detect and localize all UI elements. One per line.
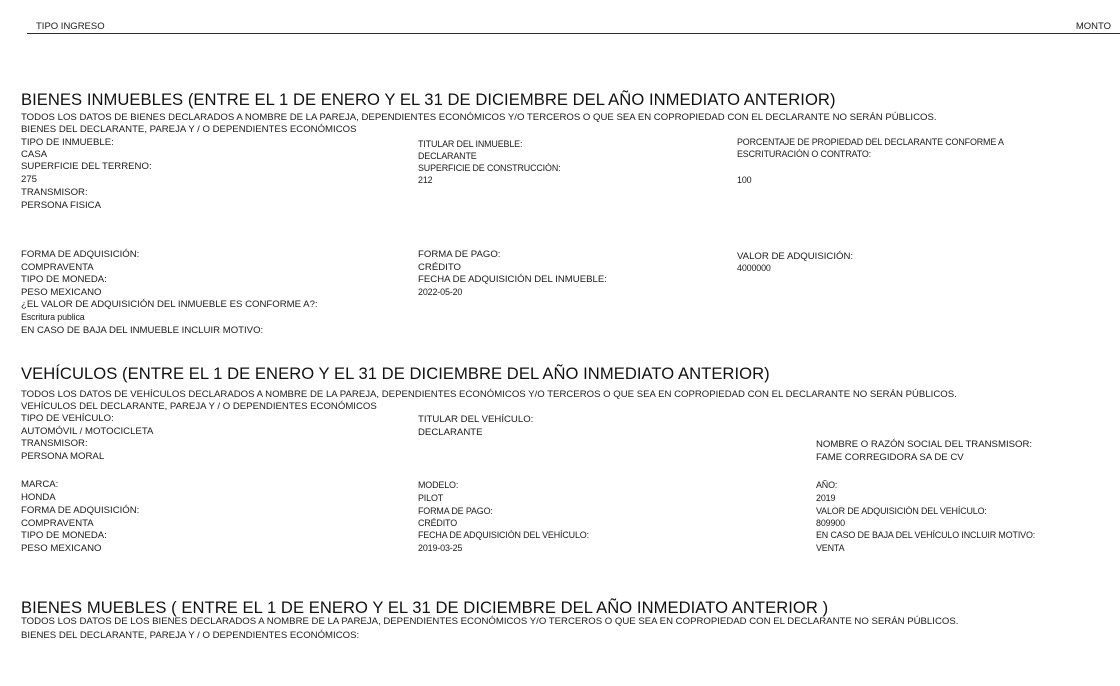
field-label: SUPERFICIE DE CONSTRUCCIÓN: [418, 163, 560, 175]
field-label: VALOR DE ADQUISICIÓN DEL VEHÍCULO: [816, 506, 987, 518]
field-label: FECHA DE ADQUISICIÓN DEL INMUEBLE: [418, 274, 607, 286]
field-label: MARCA: [21, 479, 58, 491]
header-divider [27, 33, 1120, 34]
field-value: 4000000 [737, 263, 771, 275]
field-label: TIPO DE MONEDA: [21, 274, 107, 286]
field-value: AUTOMÓVIL / MOTOCICLETA [21, 426, 153, 438]
privacy-notice: TODOS LOS DATOS DE VEHÍCULOS DECLARADOS … [21, 389, 957, 401]
field-value: 100 [737, 175, 751, 187]
field-value: 2019-03-25 [418, 543, 462, 555]
field-label: FECHA DE ADQUISICIÓN DEL VEHÍCULO: [418, 530, 589, 542]
section-subtitle: BIENES DEL DECLARANTE, PAREJA Y / O DEPE… [21, 630, 359, 642]
field-label: SUPERFICIE DEL TERRENO: [21, 161, 152, 173]
field-value: CASA [21, 149, 47, 161]
field-label: ¿EL VALOR DE ADQUISICIÓN DEL INMUEBLE ES… [21, 299, 318, 311]
field-label: VALOR DE ADQUISICIÓN: [737, 251, 853, 263]
field-label: TIPO DE INMUEBLE: [21, 137, 114, 149]
field-label: FORMA DE PAGO: [418, 249, 500, 261]
field-label: EN CASO DE BAJA DEL INMUEBLE INCLUIR MOT… [21, 325, 263, 337]
section-subtitle: BIENES DEL DECLARANTE, PAREJA Y / O DEPE… [21, 124, 357, 136]
field-value: VENTA [816, 543, 844, 555]
field-value: DECLARANTE [418, 427, 483, 439]
field-value: 809900 [816, 518, 845, 530]
field-value: PESO MEXICANO [21, 543, 102, 555]
privacy-notice: TODOS LOS DATOS DE BIENES DECLARADOS A N… [21, 112, 937, 124]
field-value: 212 [418, 175, 432, 187]
field-label: FORMA DE ADQUISICIÓN: [21, 249, 139, 261]
header-tipo-ingreso: TIPO INGRESO [36, 21, 105, 32]
field-value: DECLARANTE [418, 151, 477, 163]
field-label: TIPO DE VEHÍCULO: [21, 413, 114, 425]
field-label: PORCENTAJE DE PROPIEDAD DEL DECLARANTE C… [737, 137, 1004, 149]
section-title: BIENES INMUEBLES (ENTRE EL 1 DE ENERO Y … [21, 90, 836, 110]
field-value: CRÉDITO [418, 518, 457, 530]
field-value: 275 [21, 174, 37, 186]
field-value: HONDA [21, 492, 56, 504]
field-label: NOMBRE O RAZÓN SOCIAL DEL TRANSMISOR: [816, 439, 1032, 451]
section-title: BIENES MUEBLES ( ENTRE EL 1 DE ENERO Y E… [21, 598, 828, 618]
field-value: CRÉDITO [418, 262, 461, 274]
field-label: TRANSMISOR: [21, 438, 88, 450]
field-value: FAME CORREGIDORA SA DE CV [816, 452, 964, 464]
privacy-notice: TODOS LOS DATOS DE LOS BIENES DECLARADOS… [21, 616, 958, 628]
field-value: 2022-05-20 [418, 287, 462, 299]
field-label: TRANSMISOR: [21, 187, 88, 199]
field-value: PILOT [418, 493, 443, 505]
field-value: PESO MEXICANO [21, 287, 102, 299]
field-label: TITULAR DEL VEHÍCULO: [418, 414, 533, 426]
field-label: EN CASO DE BAJA DEL VEHÍCULO INCLUIR MOT… [816, 530, 1035, 542]
field-label: AÑO: [816, 480, 837, 492]
field-value: 2019 [816, 493, 835, 505]
header-monto: MONTO [1076, 21, 1111, 32]
section-subtitle: VEHÍCULOS DEL DECLARANTE, PAREJA Y / O D… [21, 401, 377, 413]
field-label: FORMA DE ADQUISICIÓN: [21, 505, 139, 517]
field-label: TITULAR DEL INMUEBLE: [418, 139, 522, 151]
field-value: COMPRAVENTA [21, 518, 94, 530]
section-title: VEHÍCULOS (ENTRE EL 1 DE ENERO Y EL 31 D… [21, 364, 770, 384]
field-value: PERSONA MORAL [21, 451, 104, 463]
field-label: MODELO: [418, 480, 458, 492]
field-label: ESCRITURACIÓN O CONTRATO: [737, 149, 871, 161]
field-value: Escritura publica [21, 312, 85, 324]
field-label: FORMA DE PAGO: [418, 506, 493, 518]
field-value: PERSONA FISICA [21, 200, 101, 212]
field-value: COMPRAVENTA [21, 262, 94, 274]
field-label: TIPO DE MONEDA: [21, 530, 107, 542]
